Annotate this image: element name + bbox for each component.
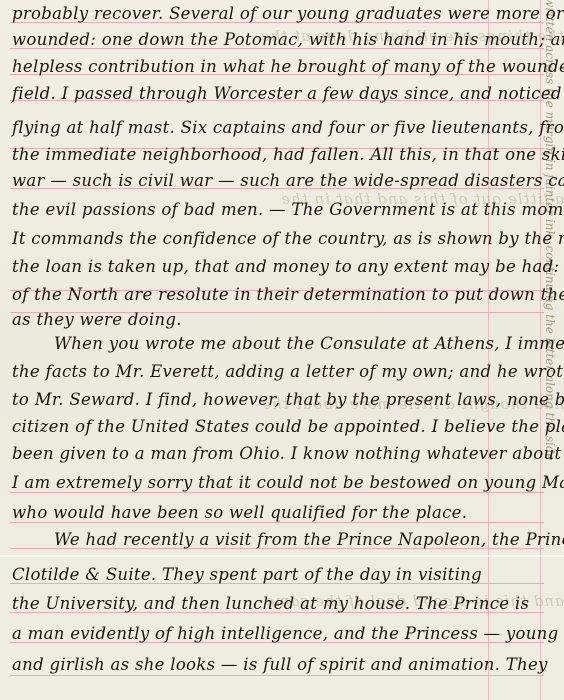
letter-line: war — such is civil war — such are the w… — [12, 171, 540, 191]
ruled-line — [10, 675, 544, 676]
letter-line: helpless contribution in what he brought… — [12, 57, 540, 77]
letter-line: Clotilde & Suite. They spent part of the… — [12, 565, 540, 585]
letter-line: the University, and then lunched at my h… — [12, 594, 540, 614]
letter-line: It commands the confidence of the countr… — [12, 229, 540, 249]
letter-line: We had recently a visit from the Prince … — [54, 530, 540, 550]
letter-line: of the North are resolute in their deter… — [12, 285, 540, 305]
letter-line: the immediate neighborhood, had fallen. … — [12, 145, 540, 165]
letter-line: I am extremely sorry that it could not b… — [12, 473, 540, 493]
letter-line: citizen of the United States could be ap… — [12, 417, 540, 437]
letter-line: wounded: one down the Potomac, with his … — [12, 30, 540, 50]
letter-line: the loan is taken up, that and money to … — [12, 257, 540, 277]
letter-page: the things are all being done at the a l… — [0, 0, 564, 700]
letter-line: the facts to Mr. Everett, adding a lette… — [12, 362, 540, 382]
letter-line: probably recover. Several of our young g… — [12, 4, 540, 24]
letter-line: When you wrote me about the Consulate at… — [54, 334, 540, 354]
letter-line: to Mr. Seward. I find, however, that by … — [12, 390, 540, 410]
letter-line: been given to a man from Ohio. I know no… — [12, 444, 540, 464]
letter-line: and girlish as she looks — is full of sp… — [12, 655, 540, 675]
paper-fold — [0, 555, 564, 557]
letter-line: the evil passions of bad men. — The Gove… — [12, 200, 540, 220]
letter-line: a man evidently of high intelligence, an… — [12, 624, 540, 644]
letter-line: field. I passed through Worcester a few … — [12, 84, 540, 104]
letter-line: flying at half mast. Six captains and fo… — [12, 118, 540, 138]
letter-line: who would have been so well qualified fo… — [12, 503, 540, 523]
letter-line: as they were doing. — [12, 310, 540, 330]
